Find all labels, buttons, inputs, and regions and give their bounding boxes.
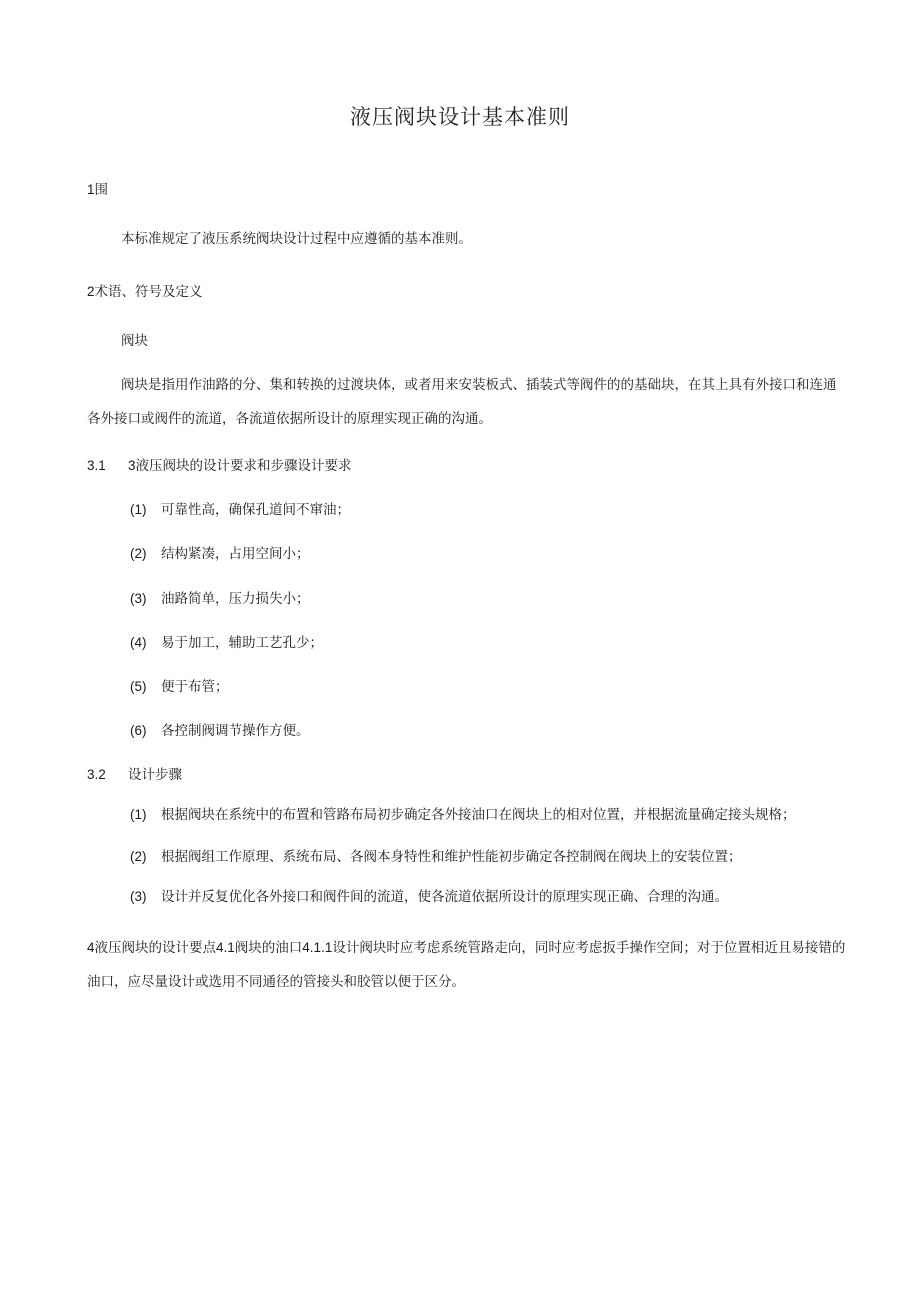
- section-3-1-heading-text: 液压阀块的设计要求和步骤设计要求: [136, 458, 352, 474]
- step-number: (3): [130, 887, 147, 907]
- requirement-number: (4): [130, 633, 147, 653]
- step-number: (1): [130, 805, 147, 825]
- section-4-1-number: 4.1: [216, 940, 235, 955]
- requirement-number: (2): [130, 544, 147, 564]
- section-4-1-heading: 阀块的油口: [235, 940, 303, 956]
- section-2-heading: 2术语、符号及定义: [87, 282, 203, 302]
- requirement-text: 油路简单，压力损失小；: [161, 589, 310, 609]
- requirement-number: (3): [130, 589, 147, 609]
- section-3-1-number: 3.1: [87, 456, 106, 476]
- section-4-1-1-number: 4.1.1: [302, 940, 332, 955]
- term-label: 阀块: [121, 331, 148, 351]
- step-text: 根据阀块在系统中的布置和管路布局初步确定各外接油口在阀块上的相对位置，并根据流量…: [161, 805, 796, 825]
- section-number: 2: [87, 284, 95, 299]
- step-number: (2): [130, 847, 147, 867]
- section-3-1-heading: 3液压阀块的设计要求和步骤设计要求: [128, 456, 352, 476]
- scope-paragraph: 本标准规定了液压系统阀块设计过程中应遵循的基本准则。: [121, 229, 472, 249]
- requirement-number: (1): [130, 500, 147, 520]
- section-4-number: 4: [87, 940, 95, 955]
- document-title: 液压阀块设计基本准则: [0, 101, 920, 131]
- requirement-text: 便于布管；: [161, 677, 229, 697]
- requirement-text: 结构紧凑，占用空间小；: [161, 544, 310, 564]
- section-heading-text: 术语、符号及定义: [95, 284, 203, 300]
- step-text: 设计并反复优化各外接口和阀件间的流道，使各流道依据所设计的原理实现正确、合理的沟…: [161, 887, 728, 907]
- section-heading-text: 围: [95, 182, 109, 198]
- requirement-number: (5): [130, 677, 147, 697]
- section-3-lead: 3: [128, 458, 136, 473]
- section-1-heading: 1围: [87, 180, 108, 200]
- step-text: 根据阀组工作原理、系统布局、各阀本身特性和维护性能初步确定各控制阀在阀块上的安装…: [161, 847, 742, 867]
- section-number: 1: [87, 182, 95, 197]
- document-page: 液压阀块设计基本准则 1围 本标准规定了液压系统阀块设计过程中应遵循的基本准则。…: [0, 0, 920, 1303]
- section-3-2-heading: 设计步骤: [128, 765, 182, 785]
- requirement-number: (6): [130, 721, 147, 741]
- term-definition: 阀块是指用作油路的分、集和转换的过渡块体，或者用来安装板式、插装式等阀件的的基础…: [87, 368, 847, 436]
- section-4-heading: 液压阀块的设计要点: [95, 940, 217, 956]
- requirement-text: 可靠性高，确保孔道间不窜油；: [161, 500, 350, 520]
- section-4-paragraph: 4液压阀块的设计要点4.1阀块的油口4.1.1设计阀块时应考虑系统管路走向，同时…: [87, 931, 847, 999]
- requirement-text: 易于加工，辅助工艺孔少；: [161, 633, 323, 653]
- requirement-text: 各控制阀调节操作方便。: [161, 721, 310, 741]
- section-3-2-number: 3.2: [87, 765, 106, 785]
